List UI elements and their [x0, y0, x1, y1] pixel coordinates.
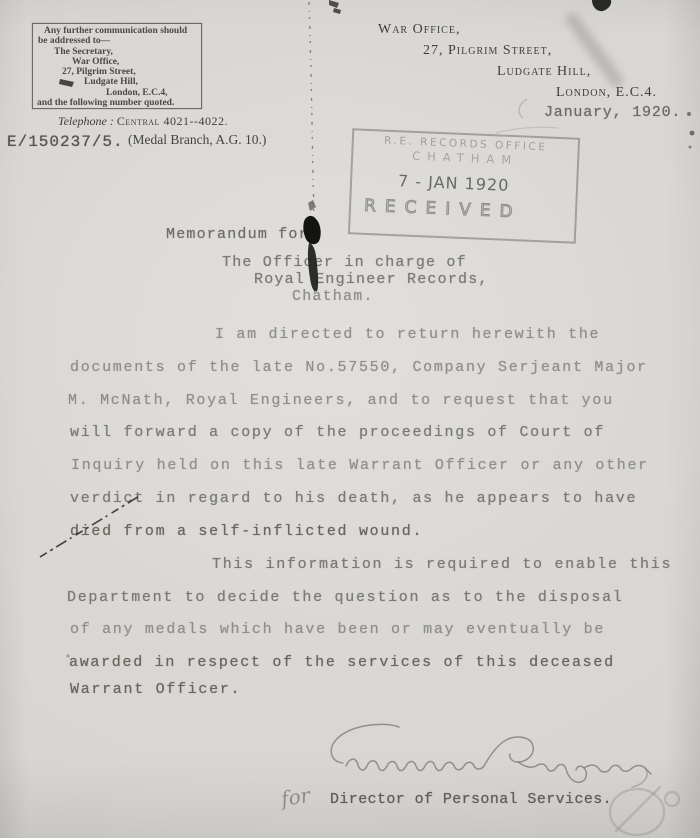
sender-address-box: Any further communication should be addr…: [32, 23, 202, 109]
body-line: M. McNath, Royal Engineers, and to reque…: [68, 392, 614, 409]
stamp-date-line: 7 - JAN 1920: [398, 171, 577, 197]
paper-background: Any further communication should be addr…: [0, 0, 700, 838]
address-line: Any further communication should: [33, 26, 201, 36]
body-line: verdict in regard to his death, as he ap…: [70, 490, 637, 507]
body-line: I am directed to return herewith the: [215, 326, 600, 343]
address-line: The Secretary,: [33, 47, 201, 57]
letterhead-line: London, E.C.4.: [556, 85, 657, 101]
address-line: be addressed to—: [33, 36, 201, 46]
telephone-line: Telephone : Central 4021--4022.: [58, 114, 228, 129]
address-line: and the following number quoted.: [33, 98, 201, 108]
signatory-title: Director of Personal Services.: [330, 791, 612, 808]
stamp-received-line: RECEIVED: [364, 196, 576, 225]
address-line: Ludgate Hill,: [33, 77, 201, 87]
faint-pencil-mark: [519, 99, 527, 118]
date-line: January, 1920.: [544, 104, 681, 121]
address-line: 27, Pilgrim Street,: [33, 67, 201, 77]
signature-stroke: [331, 724, 651, 787]
edge-speck: [689, 146, 692, 149]
faint-crease-line: [496, 127, 558, 133]
body-line: died from a self-inflicted wound.: [70, 523, 423, 540]
memo-addressee-line: Chatham.: [292, 288, 374, 305]
body-line: will forward a copy of the proceedings o…: [70, 424, 605, 441]
letterhead-line: War Office,: [378, 22, 460, 38]
edge-speck: [690, 131, 695, 136]
body-line: This information is required to enable t…: [212, 556, 672, 573]
pencil-scribble: [610, 787, 679, 835]
body-line: documents of the late No.57550, Company …: [70, 359, 648, 376]
telephone-label: Telephone :: [58, 114, 114, 128]
reference-number: E/150237/5.: [7, 133, 124, 151]
ink-speck: [308, 200, 316, 211]
telephone-number: Central 4021--4022.: [117, 114, 228, 128]
memo-heading: Memorandum for:: [166, 226, 319, 243]
address-line: London, E.C.4,: [33, 88, 201, 98]
body-line: Department to decide the question as to …: [67, 589, 623, 606]
memo-addressee-line: The Officer in charge of: [222, 254, 467, 271]
body-line: of any medals which have been or may eve…: [70, 621, 605, 638]
received-stamp: R.E. RECORDS OFFICE CHATHAM 7 - JAN 1920…: [348, 128, 580, 243]
edge-speck: [687, 112, 691, 116]
branch-label: (Medal Branch, A.G. 10.): [128, 132, 266, 148]
memo-addressee-line: Royal Engineer Records,: [254, 271, 489, 288]
handwritten-for: for: [279, 783, 311, 811]
letterhead-line: Ludgate Hill,: [497, 64, 591, 80]
top-edge-mark: [329, 0, 341, 14]
body-line: Inquiry held on this late Warrant Office…: [71, 457, 649, 474]
fold-crease: [309, 2, 314, 232]
letterhead-line: 27, Pilgrim Street,: [423, 43, 552, 59]
body-line: Warrant Officer.: [70, 681, 241, 698]
top-edge-blob: [592, 0, 611, 11]
address-line: War Office,: [33, 57, 201, 67]
body-line: awarded in respect of the services of th…: [69, 654, 615, 671]
